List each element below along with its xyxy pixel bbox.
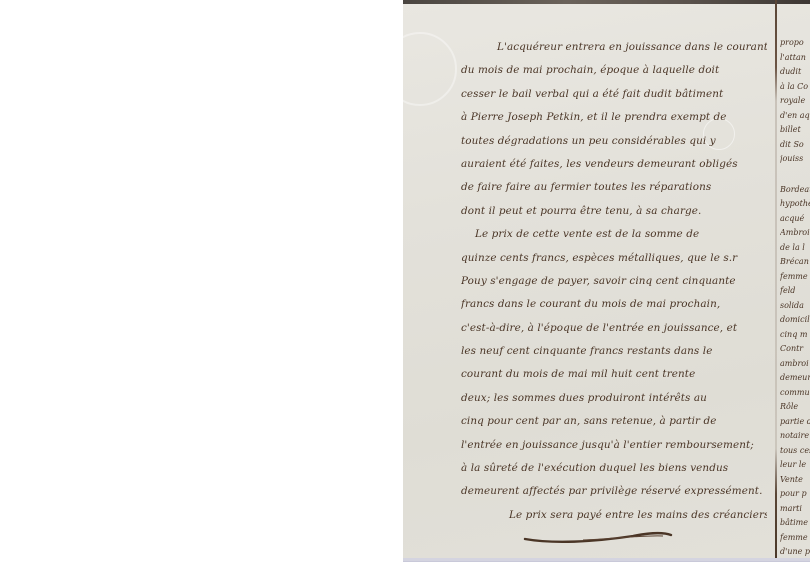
margin-line: domicil (780, 313, 810, 328)
text-line: cinq pour cent par an, sans retenue, à p… (461, 410, 767, 433)
text-line: deux; les sommes dues produiront intérêt… (461, 387, 767, 410)
margin-line: Rôle (780, 400, 810, 415)
margin-line: commu (780, 386, 810, 401)
manuscript-page: L'acquéreur entrera en jouissance dans l… (403, 0, 810, 561)
text-line: du mois de mai prochain, époque à laquel… (461, 59, 767, 82)
margin-line: l'attan (780, 51, 810, 66)
margin-line: feld (780, 284, 810, 299)
margin-line: bâtime (780, 516, 810, 531)
text-line: de faire faire au fermier toutes les rép… (461, 176, 767, 199)
document-viewer: L'acquéreur entrera en jouissance dans l… (0, 0, 810, 567)
margin-line: partie d (780, 415, 810, 430)
text-line: demeurent affectés par privilège réservé… (461, 480, 767, 503)
margin-line: dit So (780, 138, 810, 153)
main-handwritten-text: L'acquéreur entrera en jouissance dans l… (461, 36, 767, 527)
text-line: quinze cents francs, espèces métalliques… (461, 247, 767, 270)
text-line: auraient été faites, les vendeurs demeur… (461, 153, 767, 176)
text-line: les neuf cent cinquante francs restants … (461, 340, 767, 363)
margin-line: leur le (780, 458, 810, 473)
margin-line: Bordeau (780, 183, 810, 198)
page-top-edge (403, 0, 810, 4)
margin-line: royale (780, 94, 810, 109)
margin-annotation-column: propo l'attan dudit à la Co royale d'en … (780, 36, 810, 560)
embossed-seal-icon (403, 32, 457, 106)
margin-line: Contr (780, 342, 810, 357)
text-line: Le prix sera payé entre les mains des cr… (461, 504, 767, 527)
margin-line: cinq m (780, 328, 810, 343)
margin-line: notaire (780, 429, 810, 444)
margin-line: acqué (780, 212, 810, 227)
margin-line: femme (780, 270, 810, 285)
margin-line: hypothèq (780, 197, 810, 212)
text-line: à Pierre Joseph Petkin, et il le prendra… (461, 106, 767, 129)
margin-line: ambroi (780, 357, 810, 372)
margin-line: billet (780, 123, 810, 138)
text-line: Le prix de cette vente est de la somme d… (461, 223, 767, 246)
text-line: toutes dégradations un peu considérables… (461, 130, 767, 153)
text-line: c'est-à-dire, à l'époque de l'entrée en … (461, 317, 767, 340)
margin-line: tous ces (780, 444, 810, 459)
page-fold-line (775, 0, 777, 561)
margin-line: pour p (780, 487, 810, 502)
text-line: L'acquéreur entrera en jouissance dans l… (461, 36, 767, 59)
text-line: Pouy s'engage de payer, savoir cinq cent… (461, 270, 767, 293)
margin-line: Vente (780, 473, 810, 488)
margin-line: demeura (780, 371, 810, 386)
margin-line: femme (780, 531, 810, 546)
text-line: dont il peut et pourra être tenu, à sa c… (461, 200, 767, 223)
text-line: francs dans le courant du mois de mai pr… (461, 293, 767, 316)
margin-line: de la l (780, 241, 810, 256)
margin-line: jouiss (780, 152, 810, 167)
margin-line: Ambroi (780, 226, 810, 241)
text-line: courant du mois de mai mil huit cent tre… (461, 363, 767, 386)
margin-line: Brécan (780, 255, 810, 270)
margin-line: à la Co (780, 80, 810, 95)
text-line: l'entrée en jouissance jusqu'à l'entier … (461, 434, 767, 457)
text-line: à la sûreté de l'exécution duquel les bi… (461, 457, 767, 480)
closing-flourish-icon (523, 530, 673, 544)
margin-line: solida (780, 299, 810, 314)
margin-line: marti (780, 502, 810, 517)
margin-line: propo (780, 36, 810, 51)
text-line: cesser le bail verbal qui a été fait dud… (461, 83, 767, 106)
margin-line: dudit (780, 65, 810, 80)
page-bottom-edge (403, 558, 810, 561)
margin-line: d'en aq (780, 109, 810, 124)
